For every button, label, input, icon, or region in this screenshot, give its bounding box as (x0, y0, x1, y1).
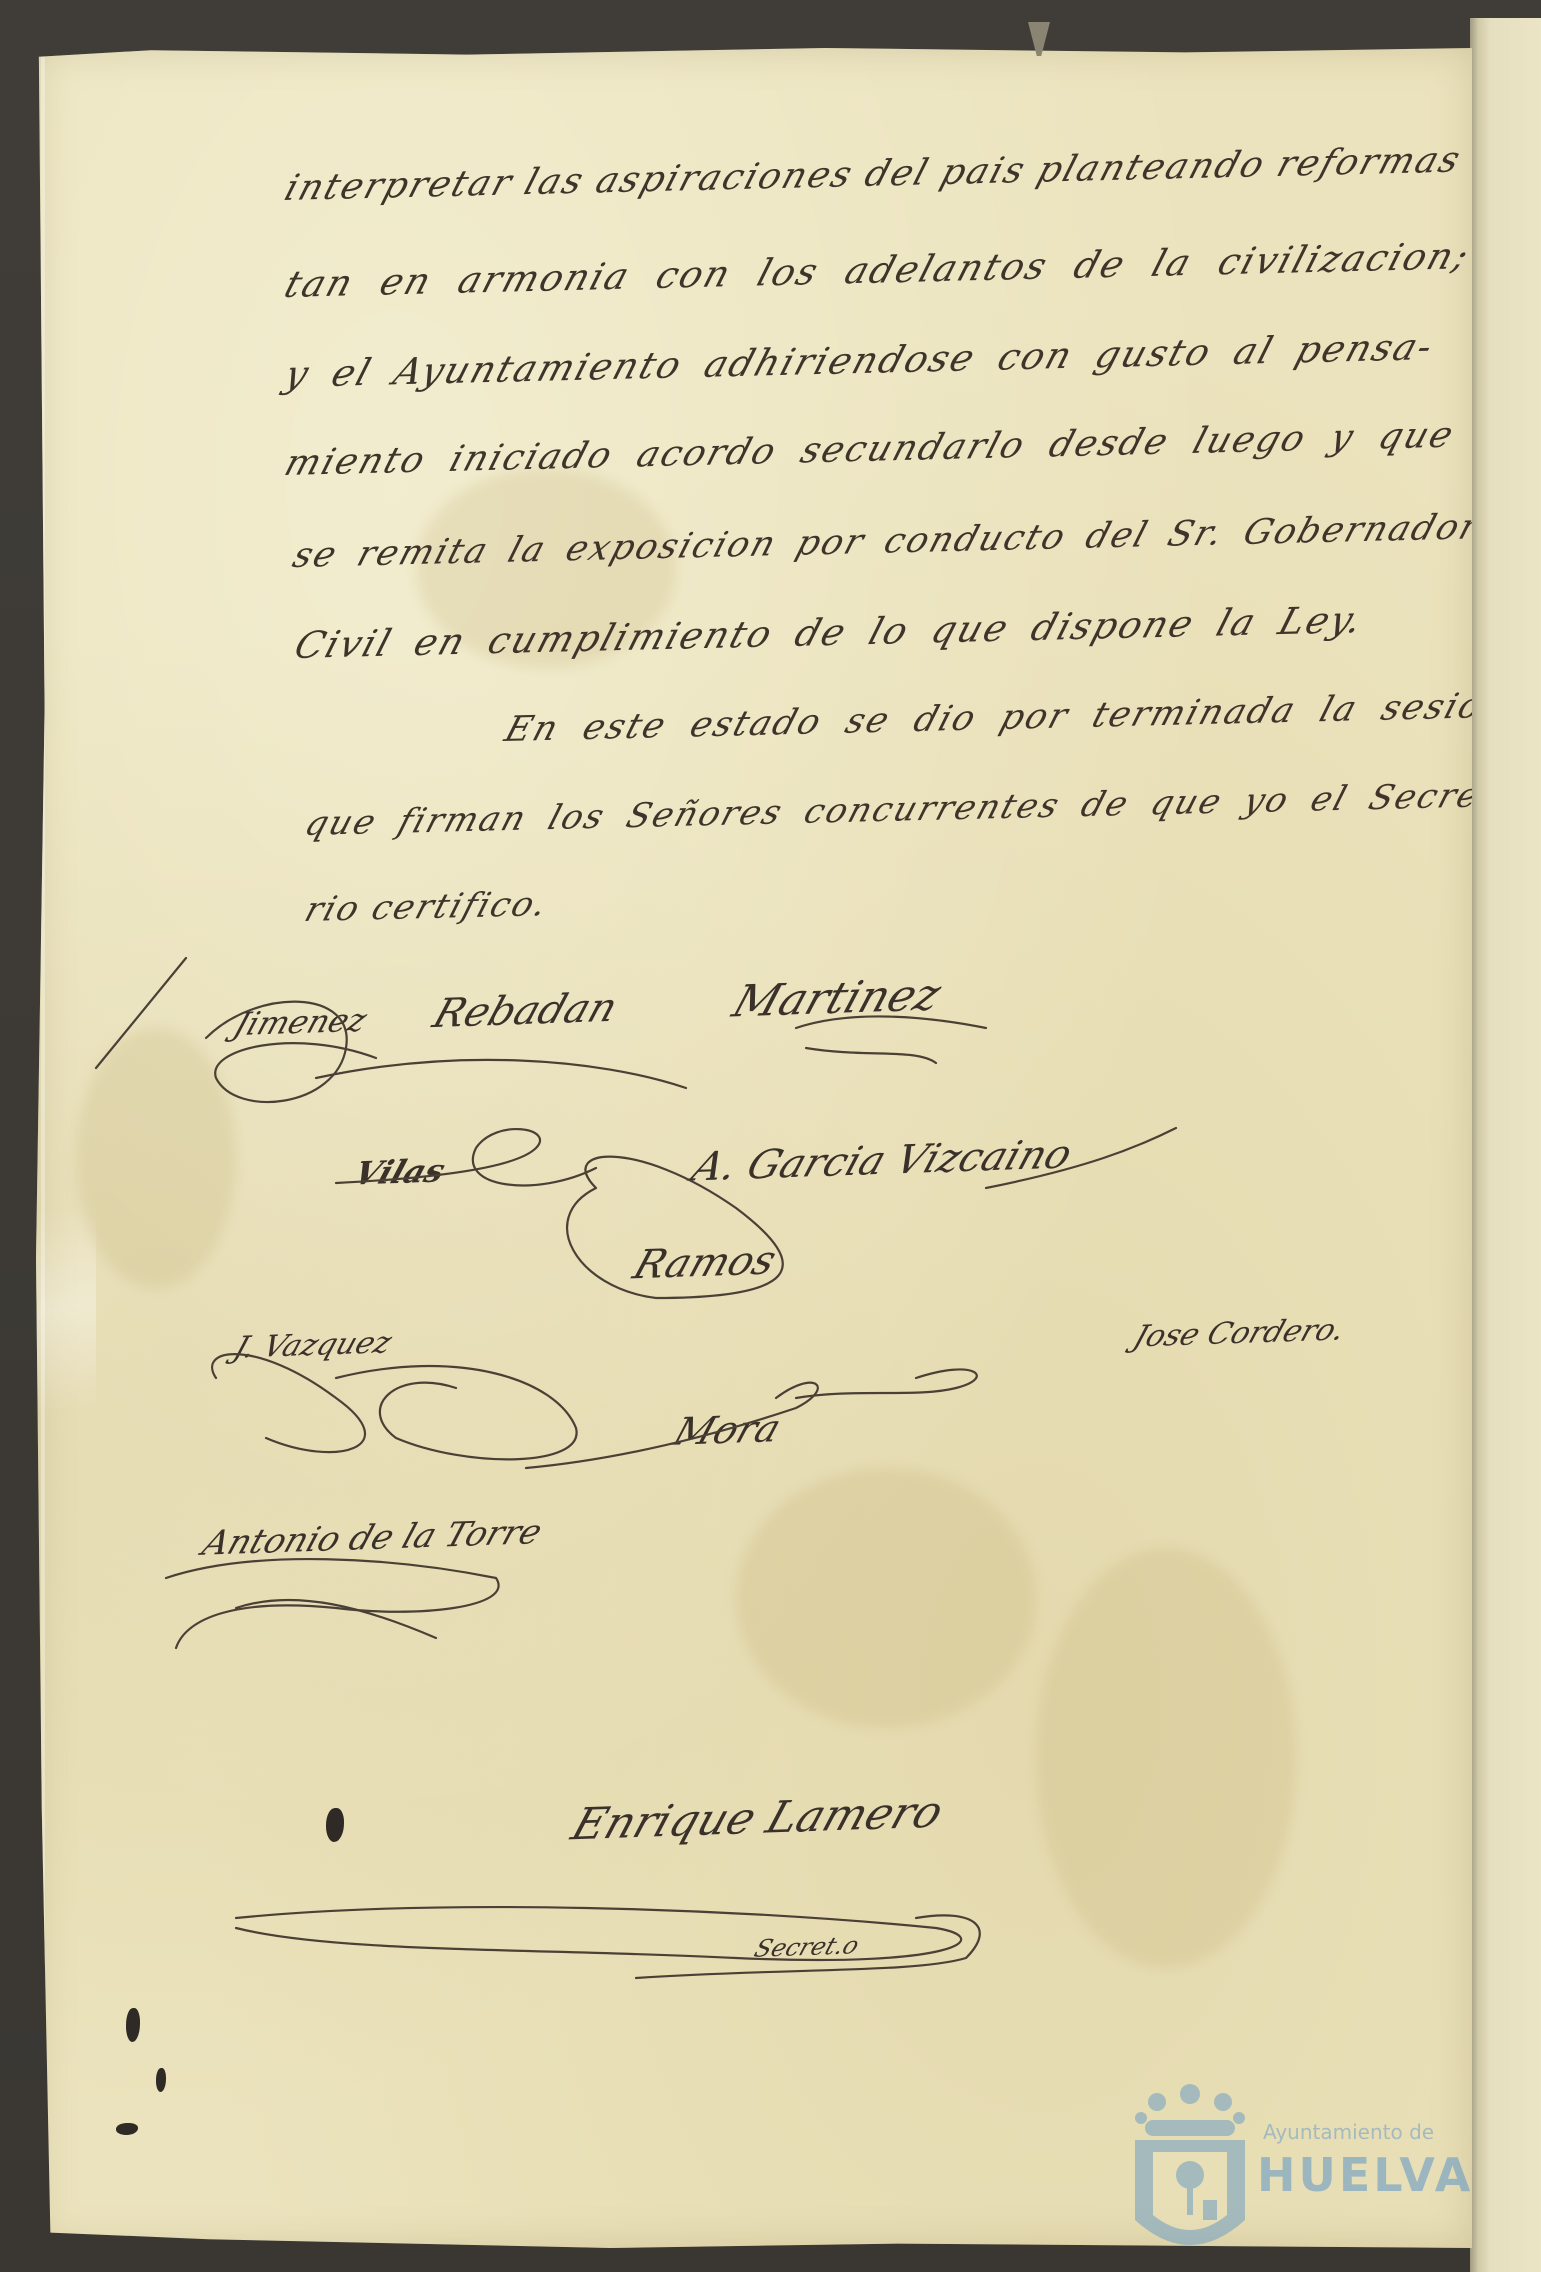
adjacent-page-edge (1470, 18, 1541, 2272)
ayuntamiento-huelva-watermark: Ayuntamiento de HUELVA (1125, 2070, 1505, 2270)
watermark-city: HUELVA (1257, 2148, 1473, 2202)
watermark-institution: Ayuntamiento de (1263, 2120, 1434, 2144)
manuscript-page: interpretar las aspiraciones del pais pl… (36, 48, 1472, 2248)
signature-flourishes (36, 48, 1472, 2248)
huelva-crest-icon (1125, 2070, 1255, 2270)
